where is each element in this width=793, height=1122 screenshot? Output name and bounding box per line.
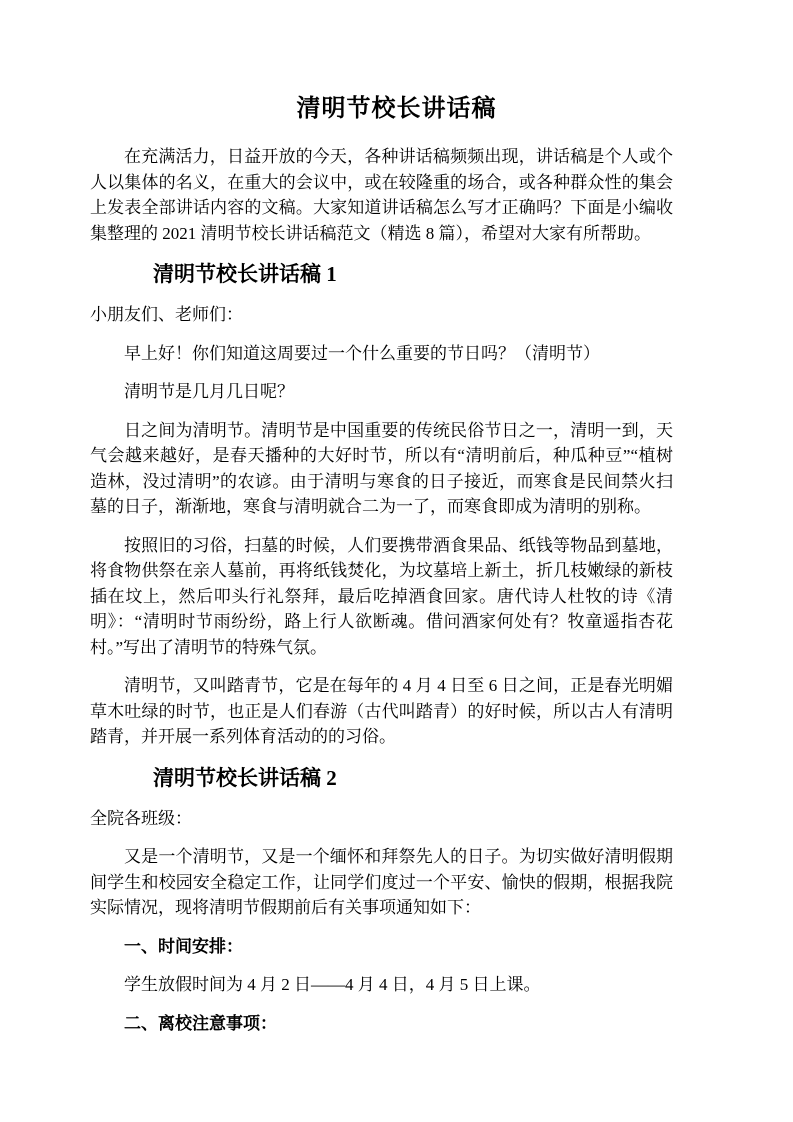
greeting-line: 小朋友们、老师们： — [90, 302, 673, 328]
paragraph: 日之间为清明节。清明节是中国重要的传统民俗节日之一，清明一到，天气会越来越好，是… — [90, 418, 673, 520]
document-title: 清明节校长讲话稿 — [90, 93, 703, 125]
section-2-heading: 清明节校长讲话稿 2 — [90, 764, 673, 793]
document-page: 清明节校长讲话稿 在充满活力，日益开放的今天，各种讲话稿频频出现，讲话稿是个人或… — [0, 0, 793, 1122]
paragraph: 又是一个清明节，又是一个缅怀和拜祭先人的日子。为切实做好清明假期间学生和校园安全… — [90, 844, 673, 921]
paragraph: 学生放假时间为 4 月 2 日——4 月 4 日，4 月 5 日上课。 — [90, 972, 673, 998]
list-item-heading: 一、时间安排： — [90, 934, 673, 960]
paragraph: 清明节，又叫踏青节，它是在每年的 4 月 4 日至 6 日之间，正是春光明媚草木… — [90, 673, 673, 750]
greeting-line: 全院各班级： — [90, 806, 673, 832]
section-1-heading: 清明节校长讲话稿 1 — [90, 260, 673, 289]
paragraph: 清明节是几月几日呢？ — [90, 379, 673, 405]
section-2: 清明节校长讲话稿 2 全院各班级： 又是一个清明节，又是一个缅怀和拜祭先人的日子… — [90, 764, 673, 1037]
list-item-heading: 二、离校注意事项： — [90, 1011, 673, 1037]
intro-paragraph: 在充满活力，日益开放的今天，各种讲话稿频频出现，讲话稿是个人或个人以集体的名义，… — [90, 144, 673, 246]
paragraph: 早上好！你们知道这周要过一个什么重要的节日吗？（清明节） — [90, 341, 673, 367]
section-1: 清明节校长讲话稿 1 小朋友们、老师们： 早上好！你们知道这周要过一个什么重要的… — [90, 260, 673, 750]
paragraph: 按照旧的习俗，扫墓的时候，人们要携带酒食果品、纸钱等物品到墓地，将食物供祭在亲人… — [90, 533, 673, 661]
